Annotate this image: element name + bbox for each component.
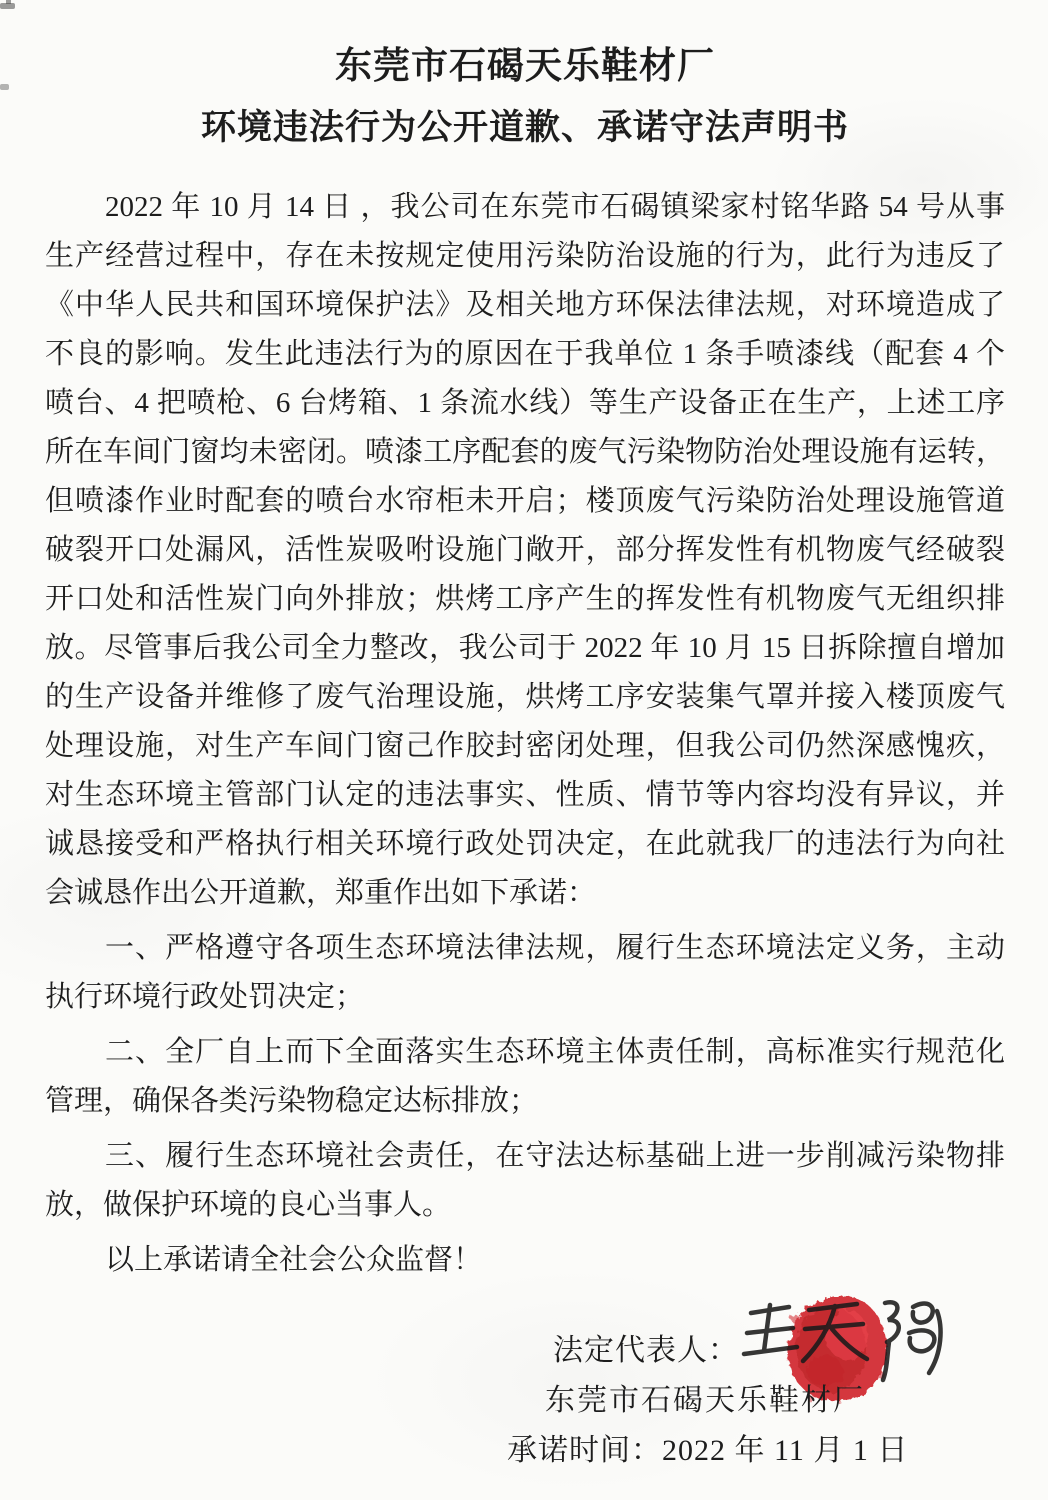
legal-rep-label: 法定代表人：	[553, 1325, 739, 1369]
body-line: 2022 年 10 月 14 日 ，我公司在东莞市石碣镇梁家村铭华路 54 号从…	[45, 183, 1005, 232]
legal-rep-signature	[735, 1279, 965, 1389]
company-title: 东莞市石碣天乐鞋材厂	[45, 44, 1005, 90]
body-line: 处理设施，对生产车间门窗己作胶封密闭处理，但我公司仍然深感愧疚，	[45, 722, 1005, 771]
body-line: 对生态环境主管部门认定的违法事实、性质、情节等内容均没有异议，并	[45, 771, 1005, 820]
body-line: 三、履行生态环境社会责任，在守法达标基础上进一步削减污染物排	[45, 1132, 1005, 1181]
body-line: 《中华人民共和国环境保护法》及相关地方环保法律法规，对环境造成了	[45, 281, 1005, 330]
body-line: 不良的影响。发生此违法行为的原因在于我单位 1 条手喷漆线（配套 4 个	[45, 330, 1005, 379]
body-line: 破裂开口处漏风，活性炭吸咐设施门敞开，部分挥发性有机物废气经破裂	[45, 526, 1005, 575]
body-line: 诚恳接受和严格执行相关环境行政处罚决定，在此就我厂的违法行为向社	[45, 820, 1005, 869]
body-line: 但喷漆作业时配套的喷台水帘柜未开启；楼顶废气污染防治处理设施管道	[45, 477, 1005, 526]
document-title: 环境违法行为公开道歉、承诺守法声明书	[45, 106, 1005, 150]
body-line: 喷台、4 把喷枪、6 台烤箱、1 条流水线）等生产设备正在生产，上述工序	[45, 379, 1005, 428]
body-line: 管理，确保各类污染物稳定达标排放；	[45, 1077, 1005, 1126]
signature-company: 东莞市石碣天乐鞋材厂	[545, 1375, 865, 1419]
body-line: 所在车间门窗均未密闭。喷漆工序配套的废气污染物防治处理设施有运转，	[45, 428, 1005, 477]
commitment-date: 承诺时间：2022 年 11 月 1 日	[507, 1425, 908, 1469]
body-line: 执行环境行政处罚决定；	[45, 973, 1005, 1022]
signature-block: 法定代表人： 东莞市石碣天乐鞋材厂 承诺时间：2022 年 11 月 1 日	[45, 1285, 1005, 1500]
body-line: 放，做保护环境的良心当事人。	[45, 1181, 1005, 1230]
body-line: 开口处和活性炭门向外排放；烘烤工序产生的挥发性有机物废气无组织排	[45, 575, 1005, 624]
document-body: 东莞市石碣天乐鞋材厂 环境违法行为公开道歉、承诺守法声明书 2022 年 10 …	[0, 0, 1048, 1500]
document-page: 东莞市石碣天乐鞋材厂 环境违法行为公开道歉、承诺守法声明书 2022 年 10 …	[0, 0, 1048, 1500]
body-line: 会诚恳作出公开道歉，郑重作出如下承诺：	[45, 869, 1005, 918]
body-line: 二、全厂自上而下全面落实生态环境主体责任制，高标准实行规范化	[45, 1028, 1005, 1077]
body-lines: 2022 年 10 月 14 日 ，我公司在东莞市石碣镇梁家村铭华路 54 号从…	[45, 183, 1005, 1285]
body-line: 的生产设备并维修了废气治理设施，烘烤工序安装集气罩并接入楼顶废气	[45, 673, 1005, 722]
body-line: 一、严格遵守各项生态环境法律法规，履行生态环境法定义务，主动	[45, 924, 1005, 973]
body-line: 以上承诺请全社会公众监督！	[45, 1236, 1005, 1285]
body-line: 放。尽管事后我公司全力整改，我公司于 2022 年 10 月 15 日拆除擅自增…	[45, 624, 1005, 673]
body-line: 生产经营过程中，存在未按规定使用污染防治设施的行为，此行为违反了	[45, 232, 1005, 281]
